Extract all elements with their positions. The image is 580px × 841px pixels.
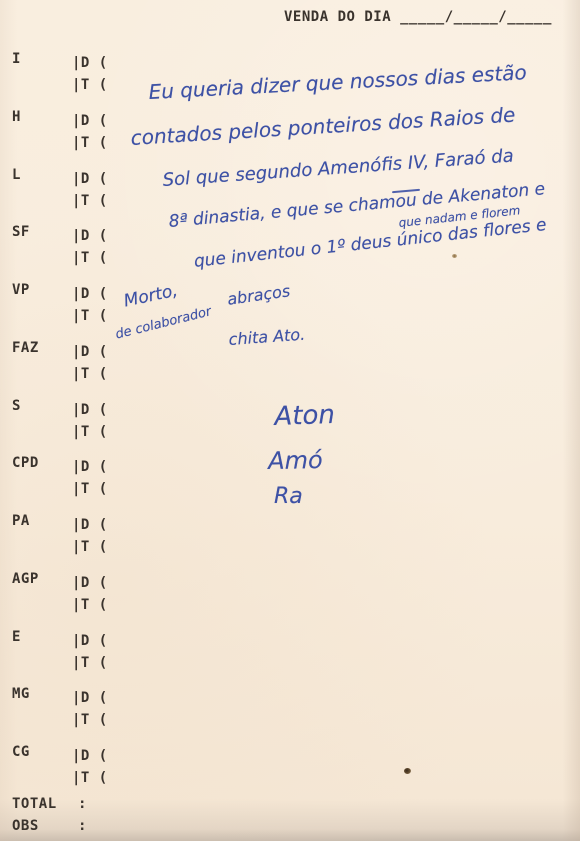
header-title: VENDA DO DIA (284, 9, 391, 25)
paper-speck-large (404, 768, 411, 774)
t-line: |T ( (72, 74, 108, 96)
total-line: TOTAL: (12, 796, 87, 812)
row-code: MG (12, 687, 30, 702)
handwritten-name-aton: Aton (274, 400, 335, 432)
d-line: |D ( (72, 630, 108, 652)
form-row-mg: MG |D (|T ( (0, 687, 300, 745)
row-dt-lines: |D (|T ( (72, 110, 108, 154)
form-row-cpd: CPD |D (|T ( (0, 456, 300, 514)
d-line: |D ( (72, 572, 108, 594)
t-line: |T ( (72, 305, 108, 327)
d-line: |D ( (72, 399, 108, 421)
d-line: |D ( (72, 52, 108, 74)
t-line: |T ( (72, 363, 108, 385)
t-line: |T ( (72, 652, 108, 674)
form-row-e: E |D (|T ( (0, 630, 300, 688)
d-line: |D ( (72, 456, 108, 478)
row-code: S (12, 399, 21, 414)
t-line: |T ( (72, 421, 108, 443)
row-dt-lines: |D (|T ( (72, 399, 108, 443)
t-line: |T ( (72, 767, 108, 789)
row-dt-lines: |D (|T ( (72, 341, 108, 385)
obs-separator: : (78, 818, 87, 834)
obs-line: OBS: (12, 818, 87, 834)
form-row-s: S |D (|T ( (0, 399, 300, 457)
t-line: |T ( (72, 594, 108, 616)
handwritten-name-ra: Ra (274, 484, 303, 509)
row-dt-lines: |D (|T ( (72, 687, 108, 731)
d-line: |D ( (72, 283, 108, 305)
row-code: AGP (12, 572, 39, 587)
total-label: TOTAL (12, 796, 78, 812)
d-line: |D ( (72, 168, 108, 190)
form-row-faz: FAZ |D (|T ( (0, 341, 300, 399)
d-line: |D ( (72, 745, 108, 767)
row-dt-lines: |D (|T ( (72, 283, 108, 327)
row-code: I (12, 52, 21, 67)
d-line: |D ( (72, 687, 108, 709)
form-row-pa: PA |D (|T ( (0, 514, 300, 572)
header-date-blanks (391, 9, 400, 25)
row-dt-lines: |D (|T ( (72, 168, 108, 212)
row-code: H (12, 110, 21, 125)
row-dt-lines: |D (|T ( (72, 225, 108, 269)
row-code: SF (12, 225, 30, 240)
t-line: |T ( (72, 132, 108, 154)
t-line: |T ( (72, 190, 108, 212)
row-dt-lines: |D (|T ( (72, 52, 108, 96)
row-dt-lines: |D (|T ( (72, 456, 108, 500)
handwritten-name-amo: Amó (268, 446, 323, 475)
t-line: |T ( (72, 247, 108, 269)
form-header: VENDA DO DIA _____/_____/_____ (284, 9, 552, 25)
d-line: |D ( (72, 225, 108, 247)
form-row-cg: CG |D (|T ( (0, 745, 300, 803)
form-row-agp: AGP |D (|T ( (0, 572, 300, 630)
t-line: |T ( (72, 536, 108, 558)
scanned-sales-form: VENDA DO DIA _____/_____/_____ I |D (|T … (0, 0, 580, 841)
d-line: |D ( (72, 110, 108, 132)
row-code: CG (12, 745, 30, 760)
d-line: |D ( (72, 341, 108, 363)
row-dt-lines: |D (|T ( (72, 630, 108, 674)
d-line: |D ( (72, 514, 108, 536)
row-code: PA (12, 514, 30, 529)
row-code: VP (12, 283, 30, 298)
row-code: FAZ (12, 341, 39, 356)
t-line: |T ( (72, 709, 108, 731)
row-dt-lines: |D (|T ( (72, 514, 108, 558)
row-dt-lines: |D (|T ( (72, 745, 108, 789)
total-separator: : (78, 796, 87, 812)
paper-speck-small (452, 254, 457, 258)
row-code: E (12, 630, 21, 645)
t-line: |T ( (72, 478, 108, 500)
obs-label: OBS (12, 818, 78, 834)
row-dt-lines: |D (|T ( (72, 572, 108, 616)
row-code: L (12, 168, 21, 183)
row-code: CPD (12, 456, 39, 471)
date-blank-fields: _____/_____/_____ (400, 9, 552, 25)
